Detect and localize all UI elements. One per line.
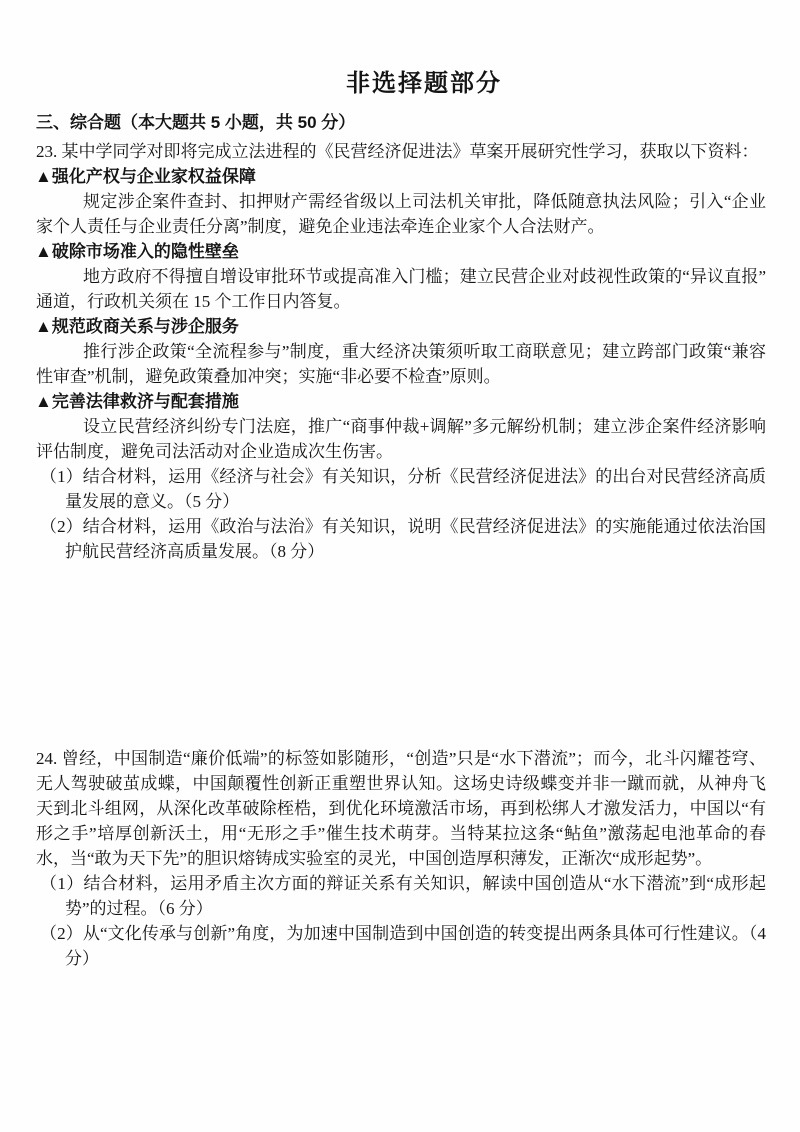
material-body-government-business-relations: 推行涉企政策“全流程参与”制度，重大经济决策须听取工商联意见；建立跨部门政策“兼… <box>36 339 766 389</box>
exam-page: 非选择题部分 三、综合题（本大题共 5 小题，共 50 分） 23. 某中学同学… <box>0 0 800 1132</box>
material-body-market-access: 地方政府不得擅自增设审批环节或提高准入门槛；建立民营企业对歧视性政策的“异议直报… <box>36 264 766 314</box>
material-heading-legal-remedies: ▲完善法律救济与配套措施 <box>35 389 766 414</box>
question-24-intro: 24. 曾经，中国制造“廉价低端”的标签如影随形，“创造”只是“水下潜流”；而今… <box>36 746 766 871</box>
question-23-sub-2: （2）结合材料，运用《政治与法治》有关知识，说明《民营经济促进法》的实施能通过依… <box>36 514 766 564</box>
question-24-sub-2: （2）从“文化传承与创新”角度，为加速中国制造到中国创造的转变提出两条具体可行性… <box>36 921 766 971</box>
material-body-property-rights: 规定涉企案件查封、扣押财产需经省级以上司法机关审批，降低随意执法风险；引入“企业… <box>36 189 766 239</box>
material-heading-property-rights: ▲强化产权与企业家权益保障 <box>35 164 766 189</box>
material-body-legal-remedies: 设立民营经济纠纷专门法庭，推广“商事仲裁+调解”多元解纷机制；建立涉企案件经济影… <box>36 414 766 464</box>
page-title: 非选择题部分 <box>82 68 766 100</box>
question-23-sub-1: （1）结合材料，运用《经济与社会》有关知识，分析《民营经济促进法》的出台对民营经… <box>36 464 766 514</box>
section-heading: 三、综合题（本大题共 5 小题，共 50 分） <box>36 110 766 135</box>
material-heading-government-business-relations: ▲规范政商关系与涉企服务 <box>35 314 766 339</box>
material-heading-market-access: ▲破除市场准入的隐性壁垒 <box>35 239 766 264</box>
question-23-intro: 23. 某中学同学对即将完成立法进程的《民营经济促进法》草案开展研究性学习，获取… <box>36 139 766 164</box>
question-24-sub-1: （1）结合材料，运用矛盾主次方面的辩证关系有关知识，解读中国创造从“水下潜流”到… <box>36 871 766 921</box>
